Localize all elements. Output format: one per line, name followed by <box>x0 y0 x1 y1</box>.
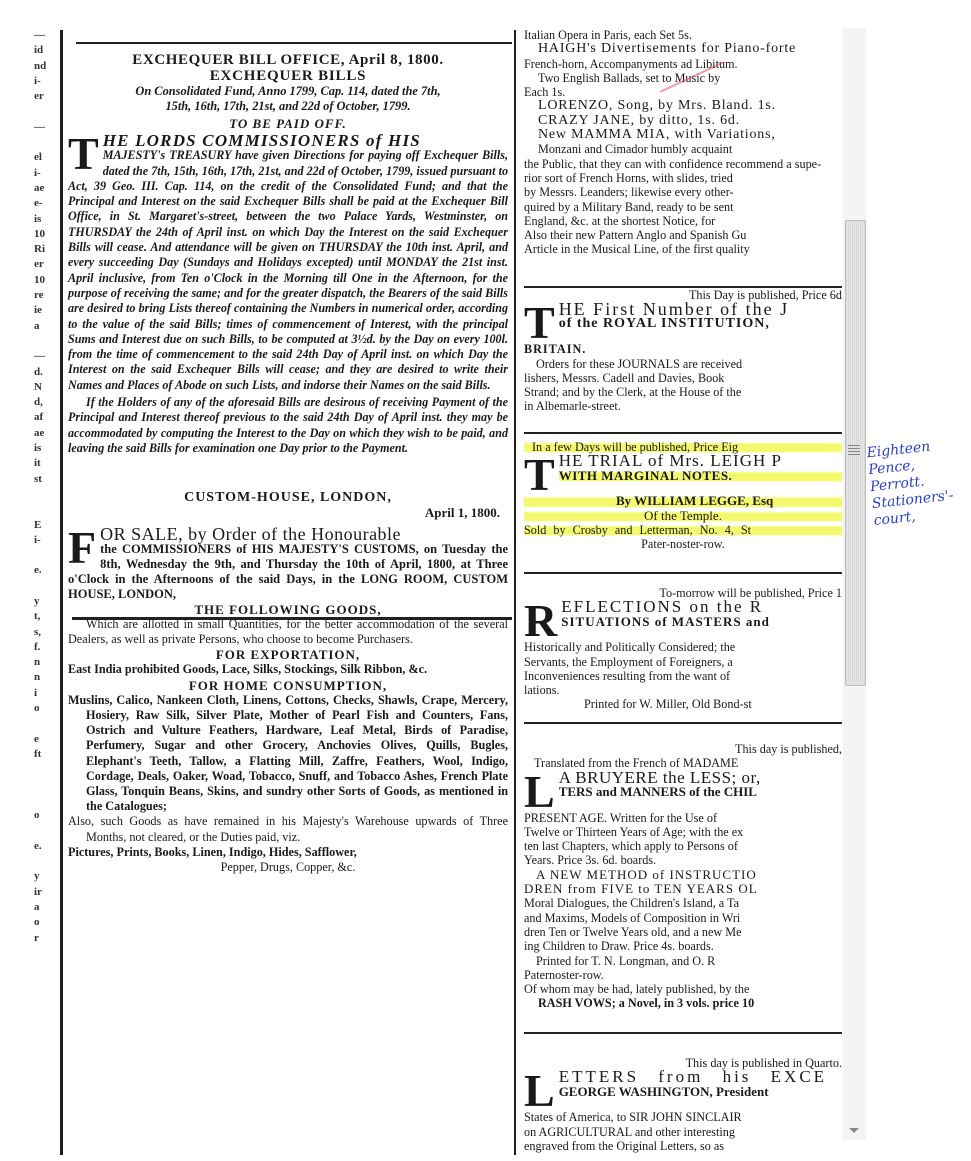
trial-sold-by: Sold by Crosby and Letterman, No. 4, St <box>524 523 842 537</box>
margin-fragment: i- <box>34 166 56 181</box>
reflections-notice-line: To-morrow will be published, Price 1 <box>524 586 842 600</box>
bruyere-line: PRESENT AGE. Written for the Use of <box>524 811 842 825</box>
margin-fragment: i <box>34 686 56 701</box>
custom-house-body: the COMMISSIONERS of HIS MAJESTY'S CUSTO… <box>68 542 508 601</box>
margin-fragment: ae <box>34 181 56 196</box>
right-column: Italian Opera in Paris, each Set 5s.HAIG… <box>524 28 842 1153</box>
custom-house-date: April 1, 1800. <box>68 505 508 520</box>
trial-notice: In a few Days will be published, Price E… <box>524 434 842 580</box>
margin-fragment: y <box>34 594 56 609</box>
margin-fragment <box>34 778 56 793</box>
column-divider <box>514 30 516 1155</box>
margin-fragment: af <box>34 410 56 425</box>
margin-fragment: id <box>34 43 56 58</box>
letters-line-2: GEORGE WASHINGTON, President <box>559 1085 842 1099</box>
royal-line-2: of the ROYAL INSTITUTION, <box>559 317 842 331</box>
drop-cap-r: R <box>524 602 557 640</box>
music-line: HAIGH's Divertisements for Piano-forte <box>524 42 842 56</box>
bruyere-notice-line: This day is published, <box>524 742 842 756</box>
exchequer-subtitle-1: On Consolidated Fund, Anno 1799, Cap. 11… <box>68 84 508 99</box>
margin-fragment: it <box>34 456 56 471</box>
margin-fragment: i- <box>34 74 56 89</box>
music-line: Article in the Musical Line, of the firs… <box>524 242 842 256</box>
music-line: quired by a Military Band, ready to be s… <box>524 200 842 214</box>
trial-notice-line: In a few Days will be published, Price E… <box>524 440 842 454</box>
margin-fragment: ft <box>34 747 56 762</box>
margin-fragment: 10 <box>34 273 56 288</box>
exchequer-subtitle-2: 15th, 16th, 17th, 21st, and 22d of Octob… <box>68 99 508 114</box>
music-line: Each 1s. <box>524 85 842 99</box>
royal-notice: This Day is published, Price 6d <box>524 288 842 302</box>
bruyere-line: DREN from FIVE to TEN YEARS OL <box>524 882 842 896</box>
exchequer-heading: EXCHEQUER BILL OFFICE, April 8, 1800. <box>68 52 508 68</box>
margin-fragment <box>34 579 56 594</box>
margin-fragment <box>34 502 56 517</box>
margin-fragment: d. <box>34 365 56 380</box>
handwritten-annotation: EighteenPence,Perrott.Stationers'-court, <box>866 435 971 530</box>
royal-lines: Orders for these JOURNALS are receivedli… <box>524 357 842 414</box>
trial-lead-line: HE TRIAL of Mrs. LEIGH P <box>559 454 842 468</box>
reflections-line: Servants, the Employment of Foreigners, … <box>524 655 842 669</box>
margin-fragment: e- <box>34 196 56 211</box>
bruyere-line: Of whom may be had, lately published, by… <box>524 982 842 996</box>
margin-fragment: a <box>34 900 56 915</box>
home-consumption-heading: FOR HOME CONSUMPTION, <box>68 678 508 693</box>
reflections-line: Historically and Politically Considered;… <box>524 640 842 654</box>
adjacent-column-fragment: —idndi-er—eli-aee-is10Rier10reiea—d.Nd,a… <box>34 28 56 1153</box>
bruyere-line-2: TERS and MANNERS of the CHIL <box>559 785 842 799</box>
margin-fragment: — <box>34 349 56 364</box>
exchequer-body-2: If the Holders of any of the aforesaid B… <box>68 395 508 456</box>
royal-line-3: BRITAIN. <box>524 342 842 356</box>
drop-cap-t: T <box>68 135 99 173</box>
reflections-printer: Printed for W. Miller, Old Bond-st <box>524 697 842 711</box>
trial-line-2: WITH MARGINAL NOTES. <box>559 469 842 483</box>
margin-fragment: ir <box>34 885 56 900</box>
margin-fragment: o <box>34 701 56 716</box>
music-line: French-horn, Accompanyments ad Libitum. <box>524 57 842 71</box>
trial-sold-by-2: Pater-noster-row. <box>524 537 842 551</box>
reflections-lines: Historically and Politically Considered;… <box>524 640 842 697</box>
music-lines: Italian Opera in Paris, each Set 5s.HAIG… <box>524 28 842 257</box>
top-rule <box>76 42 512 44</box>
letters-lines: States of America, to SIR JOHN SINCLAIRo… <box>524 1110 842 1153</box>
bruyere-line: Twelve or Thirteen Years of Age; with th… <box>524 825 842 839</box>
margin-fragment <box>34 487 56 502</box>
royal-institution-notice: This Day is published, Price 6d T HE Fir… <box>524 280 842 434</box>
bruyere-line: Printed for T. N. Longman, and O. R <box>524 954 842 968</box>
exchequer-body: MAJESTY's TREASURY have given Directions… <box>68 148 508 391</box>
music-line: Italian Opera in Paris, each Set 5s. <box>524 28 842 42</box>
margin-fragment: o <box>34 915 56 930</box>
margin-fragment: r <box>34 931 56 946</box>
margin-fragment: — <box>34 28 56 43</box>
margin-fragment: re <box>34 288 56 303</box>
export-items: East India prohibited Goods, Lace, Silks… <box>68 662 508 677</box>
music-line: Monzani and Cimador humbly acquaint <box>524 142 842 156</box>
reflections-line: lations. <box>524 683 842 697</box>
bruyere-line: A NEW METHOD of INSTRUCTIO <box>524 868 842 882</box>
custom-house-heading: CUSTOM-HOUSE, LONDON, <box>68 490 508 505</box>
margin-fragment: er <box>34 89 56 104</box>
reflections-notice: To-morrow will be published, Price 1 R E… <box>524 580 842 736</box>
letters-lead-line: ETTERS from his EXCE <box>559 1070 842 1084</box>
music-line: the Public, that they can with confidenc… <box>524 157 842 171</box>
margin-fragment: y <box>34 869 56 884</box>
margin-fragment: t, <box>34 609 56 624</box>
letters-notice-line: This day is published in Quarto. <box>524 1056 842 1070</box>
margin-fragment: f. <box>34 640 56 655</box>
margin-fragment <box>34 135 56 150</box>
margin-fragment: N <box>34 380 56 395</box>
custom-house-lead-line: OR SALE, by Order of the Honourable <box>68 527 508 542</box>
margin-fragment: el <box>34 150 56 165</box>
bruyere-translated: Translated from the French of MADAME <box>524 756 842 770</box>
margin-fragment: E <box>34 518 56 533</box>
royal-line: in Albemarle-street. <box>524 399 842 413</box>
warehouse-goods: Also, such Goods as have remained in his… <box>68 814 508 844</box>
margin-fragment: nd <box>34 59 56 74</box>
margin-fragment: e. <box>34 563 56 578</box>
drop-cap-l: L <box>524 773 555 811</box>
margin-fragment: e <box>34 732 56 747</box>
trial-author-2: Of the Temple. <box>524 509 842 523</box>
music-line: Two English Ballads, set to Music by <box>524 71 842 85</box>
goods-intro: Which are allotted in small Quantities, … <box>68 617 508 647</box>
drop-cap-t-trial: T <box>524 456 555 494</box>
margin-fragment: er <box>34 257 56 272</box>
margin-fragment: a <box>34 319 56 334</box>
bruyere-lead-line: A BRUYERE the LESS; or, <box>559 771 842 785</box>
reflections-line-2: SITUATIONS of MASTERS and <box>561 615 842 629</box>
margin-fragment <box>34 762 56 777</box>
music-line: by Messrs. Leanders; likewise every othe… <box>524 185 842 199</box>
to-be-paid-off: TO BE PAID OFF. <box>68 116 508 131</box>
music-line: CRAZY JANE, by ditto, 1s. 6d. <box>524 114 842 128</box>
reflections-line: Inconveniences resulting from the want o… <box>524 669 842 683</box>
margin-fragment: is <box>34 441 56 456</box>
royal-line: Orders for these JOURNALS are received <box>524 357 842 371</box>
washington-letters-notice: This day is published in Quarto. L ETTER… <box>524 1052 842 1153</box>
margin-fragment <box>34 104 56 119</box>
for-exportation-heading: FOR EXPORTATION, <box>68 647 508 662</box>
margin-fragment <box>34 793 56 808</box>
margin-fragment: n <box>34 655 56 670</box>
letters-line: States of America, to SIR JOHN SINCLAIR <box>524 1110 842 1124</box>
music-line: New MAMMA MIA, with Variations, <box>524 128 842 142</box>
letters-line: on AGRICULTURAL and other interesting <box>524 1125 842 1139</box>
drop-cap-f: F <box>68 529 96 567</box>
margin-fragment <box>34 823 56 838</box>
royal-line: Strand; and by the Clerk, at the House o… <box>524 385 842 399</box>
margin-fragment: is <box>34 212 56 227</box>
bruyere-line: RASH VOWS; a Novel, in 3 vols. price 10 <box>524 996 842 1010</box>
bruyere-line: and Maxims, Models of Composition in Wri <box>524 911 842 925</box>
royal-lead-line: HE First Number of the J <box>559 302 842 316</box>
margin-fragment <box>34 854 56 869</box>
margin-fragment: d, <box>34 395 56 410</box>
exchequer-lead-line: HE LORDS COMMISSIONERS of HIS <box>68 133 508 148</box>
bruyere-lines: PRESENT AGE. Written for the Use ofTwelv… <box>524 811 842 1011</box>
left-column-border <box>60 30 63 1155</box>
scrollbar-grip-icon <box>848 445 860 455</box>
music-line: rior sort of French Horns, with slides, … <box>524 171 842 185</box>
warehouse-items-2: Pepper, Drugs, Copper, &c. <box>68 860 508 875</box>
scanned-newspaper-page: —idndi-er—eli-aee-is10Rier10reiea—d.Nd,a… <box>0 0 971 1161</box>
bruyere-line: Moral Dialogues, the Children's Island, … <box>524 896 842 910</box>
following-goods-heading: THE FOLLOWING GOODS, <box>68 602 508 617</box>
margin-fragment <box>34 548 56 563</box>
exchequer-notice: EXCHEQUER BILL OFFICE, April 8, 1800. EX… <box>68 52 508 456</box>
home-consumption-items: Muslins, Calico, Nankeen Cloth, Linens, … <box>68 693 508 815</box>
letters-line: engraved from the Original Letters, so a… <box>524 1139 842 1153</box>
margin-fragment <box>34 334 56 349</box>
margin-fragment: ae <box>34 426 56 441</box>
margin-fragment: Ri <box>34 242 56 257</box>
margin-fragment: i- <box>34 533 56 548</box>
trial-author: By WILLIAM LEGGE, Esq <box>524 494 842 508</box>
bruyere-line: ing Children to Draw. Price 4s. boards. <box>524 939 842 953</box>
margin-fragment: st <box>34 472 56 487</box>
royal-line: lishers, Messrs. Cadell and Davies, Book <box>524 371 842 385</box>
margin-fragment: e. <box>34 839 56 854</box>
margin-fragment: s, <box>34 625 56 640</box>
exchequer-title: EXCHEQUER BILLS <box>68 68 508 84</box>
bruyere-line: ten last Chapters, which apply to Person… <box>524 839 842 853</box>
margin-fragment: — <box>34 120 56 135</box>
margin-fragment <box>34 716 56 731</box>
drop-cap-l-letters: L <box>524 1072 555 1110</box>
warehouse-items: Pictures, Prints, Books, Linen, Indigo, … <box>68 845 508 860</box>
drop-cap-t-royal: T <box>524 304 555 342</box>
music-advertisement: Italian Opera in Paris, each Set 5s.HAIG… <box>524 28 842 280</box>
scroll-down-arrow-icon[interactable] <box>849 1128 859 1133</box>
bruyere-line: dren Ten or Twelve Years old, and a new … <box>524 925 842 939</box>
bruyere-notice: This day is published, Translated from t… <box>524 736 842 1052</box>
music-line: LORENZO, Song, by Mrs. Bland. 1s. <box>524 99 842 113</box>
margin-fragment: n <box>34 670 56 685</box>
bruyere-line: Paternoster-row. <box>524 968 842 982</box>
margin-fragment: ie <box>34 303 56 318</box>
bruyere-line: Years. Price 3s. 6d. boards. <box>524 853 842 867</box>
margin-fragment: 10 <box>34 227 56 242</box>
reflections-lead-line: EFLECTIONS on the R <box>561 600 842 614</box>
music-line: Also their new Pattern Anglo and Spanish… <box>524 228 842 242</box>
left-column: EXCHEQUER BILL OFFICE, April 8, 1800. EX… <box>68 52 508 875</box>
music-line: England, &c. at the shortest Notice, for <box>524 214 842 228</box>
custom-house-notice: CUSTOM-HOUSE, LONDON, April 1, 1800. F O… <box>68 490 508 875</box>
margin-fragment: o <box>34 808 56 823</box>
